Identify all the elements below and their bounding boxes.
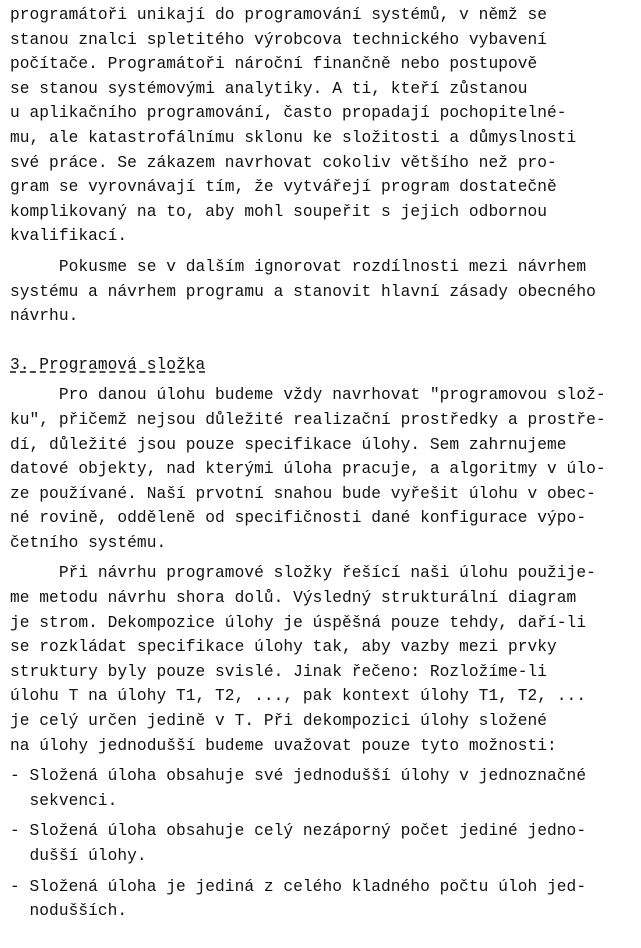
text-line: sekvenci. bbox=[10, 789, 635, 814]
typewritten-page: programátoři unikají do programování sys… bbox=[10, 3, 635, 924]
text-line: četního systému. bbox=[10, 531, 635, 556]
heading-gap bbox=[10, 329, 635, 353]
text-line: - Složená úloha je jediná z celého kladn… bbox=[10, 875, 635, 900]
bullet-item: - Složená úloha obsahuje své jednodušší … bbox=[10, 764, 635, 813]
second-paragraph: Pokusme se v dalším ignorovat rozdílnost… bbox=[10, 255, 635, 329]
text-line: ze používané. Naší prvotní snahou bude v… bbox=[10, 482, 635, 507]
text-line: me metodu návrhu shora dolů. Výsledný st… bbox=[10, 586, 635, 611]
text-line: gram se vyrovnávají tím, že vytvářejí pr… bbox=[10, 175, 635, 200]
text-line: struktury byly pouze svislé. Jinak řečen… bbox=[10, 660, 635, 685]
text-line: datové objekty, nad kterými úloha pracuj… bbox=[10, 457, 635, 482]
section-heading: 3. Programová složka bbox=[10, 353, 635, 378]
text-line: dušší úlohy. bbox=[10, 844, 635, 869]
text-line: nodušších. bbox=[10, 899, 635, 924]
text-line: systému a návrhem programu a stanovit hl… bbox=[10, 280, 635, 305]
text-line: Pokusme se v dalším ignorovat rozdílnost… bbox=[10, 255, 635, 280]
text-line: Pro danou úlohu budeme vždy navrhovat "p… bbox=[10, 383, 635, 408]
text-line: kvalifikací. bbox=[10, 224, 635, 249]
text-line: mu, ale katastrofálnímu sklonu ke složit… bbox=[10, 126, 635, 151]
text-line: své práce. Se zákazem navrhovat cokoliv … bbox=[10, 151, 635, 176]
text-line: návrhu. bbox=[10, 304, 635, 329]
text-line: komplikovaný na to, aby mohl soupeřit s … bbox=[10, 200, 635, 225]
bullet-item: - Složená úloha obsahuje celý nezáporný … bbox=[10, 819, 635, 868]
text-line: né rovině, odděleně od specifičnosti dan… bbox=[10, 506, 635, 531]
text-line: ku", přičemž nejsou důležité realizační … bbox=[10, 408, 635, 433]
text-line: - Složená úloha obsahuje své jednodušší … bbox=[10, 764, 635, 789]
text-line: se stanou systémovými analytiky. A ti, k… bbox=[10, 77, 635, 102]
text-line: počítače. Programátoři nároční finančně … bbox=[10, 52, 635, 77]
text-line: je strom. Dekompozice úlohy je úspěšná p… bbox=[10, 611, 635, 636]
text-line: u aplikačního programování, často propad… bbox=[10, 101, 635, 126]
text-line: je celý určen jedině v T. Při dekompozic… bbox=[10, 709, 635, 734]
text-line: - Složená úloha obsahuje celý nezáporný … bbox=[10, 819, 635, 844]
text-line: stanou znalci spletitého výrobcova techn… bbox=[10, 28, 635, 53]
intro-paragraph: programátoři unikají do programování sys… bbox=[10, 3, 635, 249]
bullet-item: - Složená úloha je jediná z celého kladn… bbox=[10, 875, 635, 924]
text-line: úlohu T na úlohy T1, T2, ..., pak kontex… bbox=[10, 684, 635, 709]
text-line: Při návrhu programové složky řešící naši… bbox=[10, 561, 635, 586]
text-line: se rozkládat specifikace úlohy tak, aby … bbox=[10, 635, 635, 660]
text-line: na úlohy jednodušší budeme uvažovat pouz… bbox=[10, 734, 635, 759]
text-line: dí, důležité jsou pouze specifikace úloh… bbox=[10, 433, 635, 458]
section-paragraph-1: Pro danou úlohu budeme vždy navrhovat "p… bbox=[10, 383, 635, 555]
text-line: programátoři unikají do programování sys… bbox=[10, 3, 635, 28]
section-paragraph-2: Při návrhu programové složky řešící naši… bbox=[10, 561, 635, 758]
